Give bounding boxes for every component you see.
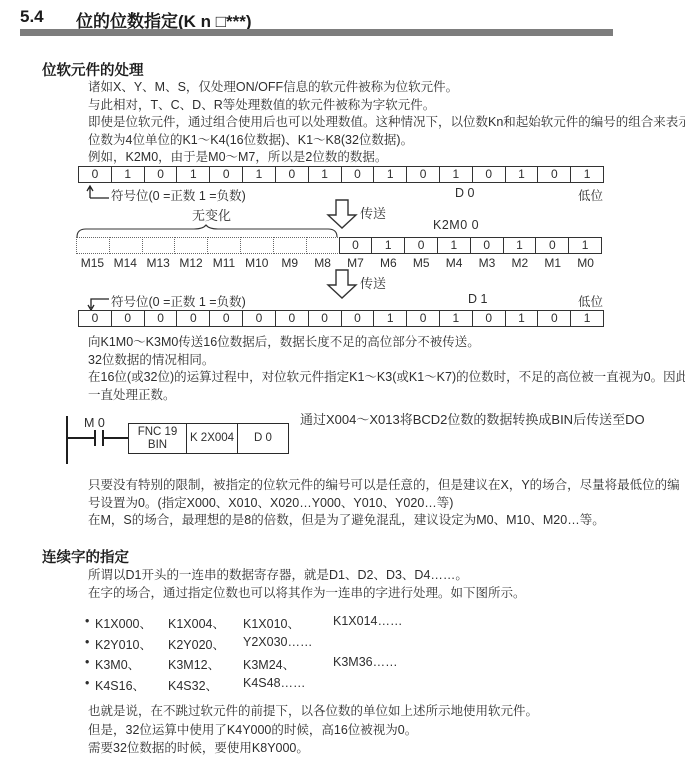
brace-decoration	[76, 224, 338, 238]
bit-cell-empty	[76, 237, 110, 254]
bullet-icon: •	[85, 676, 89, 690]
bit-table-k2m00: 0 1 0 1 0 1 0 1	[76, 237, 602, 254]
bit-cell: 0	[275, 310, 309, 327]
transfer-arrow-icon	[326, 269, 358, 300]
device-example: K4S32、	[168, 676, 218, 694]
bit-cell: 1	[176, 166, 210, 183]
m-label: M4	[438, 256, 471, 270]
group-label-k2m0: K2M0 0	[433, 218, 479, 232]
fnc-number: FNC 19	[138, 426, 178, 439]
low-bits-label: 低位	[578, 186, 603, 204]
list-item: • K3M0、 K3M12、 K3M24、 K3M36……	[85, 655, 505, 676]
bit-cell-empty	[240, 237, 274, 254]
bit-cell: 0	[275, 166, 309, 183]
paragraph-closing-notes: 也就是说，在不跳过软元件的前提下，以各位数的单位如上述所示地使用软元件。 但是，…	[88, 702, 538, 758]
paragraph-line: 所谓以D1开头的一连串的数据寄存器，就是D1、D2、D3、D4……。	[88, 567, 526, 585]
instruction-cell-operand2: D 0	[237, 424, 288, 453]
device-example: K4S48……	[243, 676, 306, 690]
paragraph-line: 一直处理正数。	[88, 387, 685, 405]
bit-cell-empty	[306, 237, 340, 254]
paragraph-bit-devices: 诸如X、Y、M、S，仅处理ON/OFF信息的软元件被称为位软元件。 与此相对，T…	[88, 79, 685, 167]
bit-table-source-word: 0 1 0 1 0 1 0 1 0 1 0 1 0 1 0 1	[78, 166, 604, 183]
bit-cell: 0	[176, 310, 210, 327]
paragraph-line: 在字的场合，通过指定位数也可以将其作为一连串的字进行处理。如下图所示。	[88, 585, 526, 603]
bit-cell: 0	[472, 166, 506, 183]
bit-cell: 0	[406, 310, 440, 327]
paragraph-line: 也就是说，在不跳过软元件的前提下，以各位数的单位如上述所示地使用软元件。	[88, 702, 538, 721]
m-label: M13	[142, 256, 175, 270]
transfer-label: 传送	[360, 273, 386, 292]
bit-cell: 0	[209, 310, 243, 327]
bit-cell-empty	[273, 237, 307, 254]
bit-cell: 0	[404, 237, 438, 254]
paragraph-line: 诸如X、Y、M、S，仅处理ON/OFF信息的软元件被称为位软元件。	[88, 79, 685, 97]
paragraph-line: 例如，K2M0，由于是M0～M7，所以是2位数的数据。	[88, 149, 685, 167]
bit-cell: 0	[78, 310, 112, 327]
paragraph-line: 需要32位数据的时候，要使用K8Y000。	[88, 739, 538, 758]
manual-page: 5.4 位的位数指定(K n □***) 位软元件的处理 诸如X、Y、M、S，仅…	[0, 0, 685, 767]
bit-cell: 1	[371, 237, 405, 254]
paragraph-line: 与此相对，T、C、D、R等处理数值的软元件被称为字软元件。	[88, 97, 685, 115]
register-label-d1: D 1	[468, 292, 487, 306]
device-example: K4S16、	[95, 676, 145, 694]
sign-bit-label: 符号位(0 =正数 1 =负数)	[111, 292, 246, 310]
paragraph-line: 32位数据的情况相同。	[88, 352, 685, 370]
m-label: M0	[569, 256, 602, 270]
device-example: K1X010、	[243, 614, 300, 632]
bit-cell: 1	[568, 237, 602, 254]
bit-cell-empty	[109, 237, 143, 254]
m-label: M8	[306, 256, 339, 270]
device-example: K1X004、	[168, 614, 225, 632]
low-bits-label: 低位	[578, 292, 603, 310]
paragraph-line: 位数为4位单位的K1～K4(16位数据)、K1～K8(32位数据)。	[88, 132, 685, 150]
bit-cell: 1	[111, 166, 145, 183]
sign-bit-arrow-icon	[85, 184, 109, 200]
ladder-power-rail	[66, 416, 68, 464]
paragraph-line: 即使是位软元件，通过组合使用后也可以处理数值。这种情况下，以位数Kn和起始软元件…	[88, 114, 685, 132]
bullet-icon: •	[85, 635, 89, 649]
bit-cell: 1	[437, 237, 471, 254]
paragraph-consecutive-words: 所谓以D1开头的一连串的数据寄存器，就是D1、D2、D3、D4……。 在字的场合…	[88, 567, 526, 602]
ladder-wire	[67, 437, 94, 439]
contact-bar	[94, 430, 96, 446]
m-label: M2	[503, 256, 536, 270]
section-heading-bit-devices: 位软元件的处理	[42, 59, 144, 80]
header-divider	[20, 29, 613, 36]
list-item: • K1X000、 K1X004、 K1X010、 K1X014……	[85, 614, 505, 635]
bit-cell-empty	[142, 237, 176, 254]
bit-cell: 0	[308, 310, 342, 327]
paragraph-line: 号设置为0。(指定X000、X010、X020…Y000、Y010、Y020…等…	[88, 495, 680, 513]
paragraph-line: 在16位(或32位)的运算过程中，对位软元件指定K1～K3(或K1～K7)的位数…	[88, 369, 685, 387]
bit-cell: 0	[341, 166, 375, 183]
bit-table-result-word: 0 0 0 0 0 0 0 0 0 1 0 1 0 1 0 1	[78, 310, 604, 327]
bit-cell: 1	[505, 310, 539, 327]
bit-cell: 1	[439, 166, 473, 183]
bit-cell: 1	[439, 310, 473, 327]
contact-label-m0: M 0	[84, 416, 105, 430]
register-label-d0: D 0	[455, 186, 474, 200]
bit-cell-empty	[174, 237, 208, 254]
bit-cell: 0	[470, 237, 504, 254]
paragraph-line: 在M，S的场合，最理想的是8的倍数，但是为了避免混乱，建议设定为M0、M10、M…	[88, 512, 680, 530]
sign-bit-label: 符号位(0 =正数 1 =负数)	[111, 186, 246, 204]
paragraph-numbering-advice: 只要没有特别的限制，被指定的位软元件的编号可以是任意的，但是建议在X，Y的场合，…	[88, 477, 680, 530]
bit-cell: 0	[78, 166, 112, 183]
device-example: K3M0、	[95, 655, 140, 673]
paragraph-line: 但是，32位运算中使用了K4Y000的时候，高16位被视为0。	[88, 721, 538, 740]
bullet-icon: •	[85, 655, 89, 669]
list-item: • K2Y010、 K2Y020、 Y2X030……	[85, 635, 505, 656]
bit-cell: 0	[472, 310, 506, 327]
fnc-mnemonic: BIN	[148, 439, 167, 452]
device-example: K2Y010、	[95, 635, 152, 653]
no-change-label: 无变化	[192, 205, 231, 224]
bit-cell: 0	[111, 310, 145, 327]
ladder-annotation: 通过X004～X013将BCD2位数的数据转换成BIN后传送至DO	[300, 409, 645, 428]
instruction-cell-operand1: K 2X004	[186, 424, 237, 453]
bit-cell: 0	[537, 166, 571, 183]
paragraph-line: 向K1M0～K3M0传送16位数据后，数据长度不足的高位部分不被传送。	[88, 334, 685, 352]
instruction-cell-fnc: FNC 19 BIN	[129, 424, 186, 453]
bit-cell: 0	[339, 237, 373, 254]
m-label: M12	[175, 256, 208, 270]
device-example: K3M36……	[333, 655, 398, 669]
m-label: M3	[471, 256, 504, 270]
instruction-box: FNC 19 BIN K 2X004 D 0	[128, 423, 289, 454]
paragraph-line: 只要没有特别的限制，被指定的位软元件的编号可以是任意的，但是建议在X，Y的场合，…	[88, 477, 680, 495]
bit-cell: 1	[570, 310, 604, 327]
bit-cell: 1	[308, 166, 342, 183]
device-example: K1X000、	[95, 614, 152, 632]
bit-cell-empty	[207, 237, 241, 254]
bit-cell: 1	[373, 166, 407, 183]
m-label: M14	[109, 256, 142, 270]
bit-cell: 0	[535, 237, 569, 254]
m-label: M15	[76, 256, 109, 270]
bit-cell: 0	[406, 166, 440, 183]
m-label: M7	[339, 256, 372, 270]
list-item: • K4S16、 K4S32、 K4S48……	[85, 676, 505, 697]
transfer-label: 传送	[360, 203, 386, 222]
device-example-list: • K1X000、 K1X004、 K1X010、 K1X014…… • K2Y…	[85, 614, 505, 696]
bit-cell: 0	[144, 166, 178, 183]
m-label: M11	[208, 256, 241, 270]
device-example: Y2X030……	[243, 635, 312, 649]
bit-cell: 0	[341, 310, 375, 327]
device-example: K2Y020、	[168, 635, 225, 653]
section-number: 5.4	[20, 7, 44, 27]
bit-cell: 1	[503, 237, 537, 254]
paragraph-transfer-notes: 向K1M0～K3M0传送16位数据后，数据长度不足的高位部分不被传送。 32位数…	[88, 334, 685, 404]
bit-cell: 1	[242, 166, 276, 183]
bullet-icon: •	[85, 614, 89, 628]
bit-cell: 1	[505, 166, 539, 183]
device-example: K1X014……	[333, 614, 402, 628]
m-label: M9	[273, 256, 306, 270]
bit-cell: 0	[209, 166, 243, 183]
m-label: M6	[372, 256, 405, 270]
bit-cell: 0	[242, 310, 276, 327]
device-example: K3M24、	[243, 655, 295, 673]
device-example: K3M12、	[168, 655, 220, 673]
m-label: M10	[240, 256, 273, 270]
m-device-labels: M15 M14 M13 M12 M11 M10 M9 M8 M7 M6 M5 M…	[76, 256, 602, 270]
bit-cell: 1	[570, 166, 604, 183]
bit-cell: 0	[537, 310, 571, 327]
sign-bit-arrow-icon	[85, 297, 109, 311]
m-label: M5	[405, 256, 438, 270]
m-label: M1	[536, 256, 569, 270]
ladder-wire	[103, 437, 128, 439]
section-heading-consecutive-words: 连续字的指定	[42, 546, 129, 567]
bit-cell: 1	[373, 310, 407, 327]
bit-cell: 0	[144, 310, 178, 327]
